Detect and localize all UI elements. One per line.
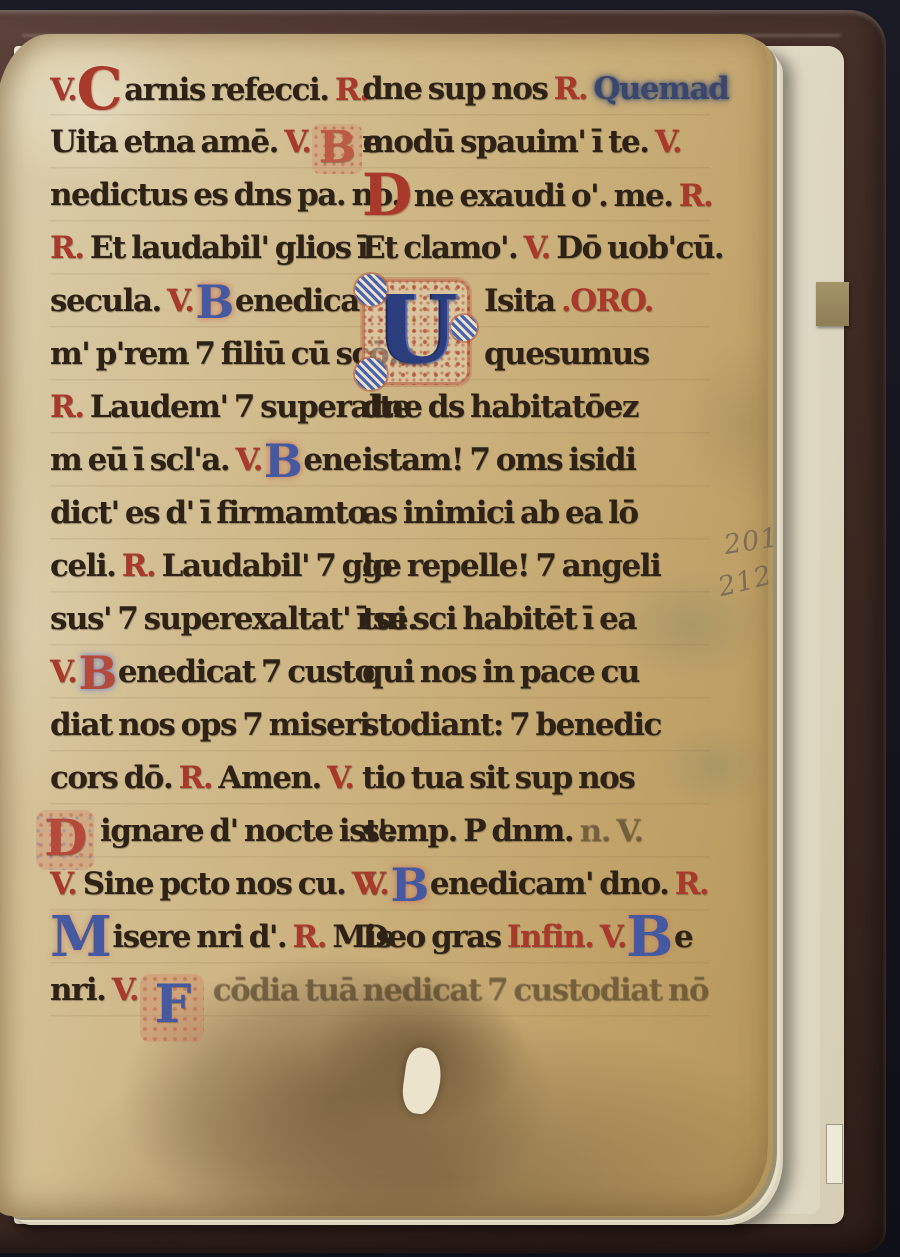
text-segment: diat nos ops 7 miseri — [50, 707, 369, 743]
manuscript-line: R. Et laudabil' glios ī — [50, 223, 362, 276]
manuscript-line: nedicat 7 custodiat nō — [362, 965, 710, 1018]
text-segment: V. — [50, 866, 76, 902]
text-segment: qui nos in pace cu — [362, 654, 639, 690]
manuscript-line: V.Carnis refecci. R. — [50, 64, 362, 117]
text-segment: m eū ī scl'a. — [50, 442, 235, 478]
text-segment: Isita — [484, 283, 555, 319]
text-segment: dict' es d' ī firmamto — [50, 495, 367, 531]
manuscript-line: secula. V.Benedica — [50, 276, 362, 329]
text-segment: as inimici ab ea lō — [362, 495, 638, 531]
manuscript-line: Dne exaudi o'. me. R. — [362, 170, 710, 223]
manuscript-line: ge repelle! 7 angeli — [362, 541, 710, 594]
text-column-right: U dne sup nos R. Quemadmodū spauim' ī te… — [362, 64, 710, 1018]
text-segment: cōdia tuā — [206, 972, 357, 1008]
parchment-damage-patch — [400, 1046, 445, 1116]
text-segment: semp. P dnm. — [362, 813, 579, 849]
manuscript-line: tui sci habitēt ī ea — [362, 594, 710, 647]
decorated-initial: F — [140, 974, 204, 1042]
decorated-initial: C — [76, 55, 121, 123]
text-segment: V. — [235, 442, 261, 478]
text-segment: ne exaudi o'. me. — [414, 178, 679, 214]
text-segment: V. — [524, 230, 550, 266]
text-segment: isere nri d'. — [113, 919, 293, 955]
text-segment: V. — [167, 283, 193, 319]
manuscript-line: nedictus es dns pa. no. — [50, 170, 362, 223]
text-segment: enedicam' dno. — [430, 866, 675, 902]
manuscript-line: semp. P dnm. n. V. — [362, 806, 710, 859]
text-segment: e — [674, 919, 692, 955]
manuscript-line: dne ds habitatōez — [362, 382, 710, 435]
manuscript-line: Uita etna amē. V.Be — [50, 117, 362, 170]
text-segment: R. — [554, 71, 588, 107]
text-segment: nedicat 7 custodiat nō — [362, 972, 708, 1008]
text-segment: Et laudabil' glios ī — [84, 230, 368, 266]
text-segment: nedictus es dns pa. no. — [50, 177, 400, 213]
text-segment: V. — [327, 760, 353, 796]
text-segment: R. — [293, 919, 327, 955]
text-segment: V. — [655, 124, 681, 160]
text-column-left: V.Carnis refecci. R.Uita etna amē. V.Ben… — [50, 64, 362, 1018]
manuscript-line: as inimici ab ea lō — [362, 488, 710, 541]
text-segment: .ORO. — [555, 283, 653, 319]
text-segment: stodiant: 7 benedic — [362, 707, 661, 743]
text-segment: R. — [679, 178, 713, 214]
text-segment: V. — [50, 654, 76, 690]
penwork-lobe-icon — [355, 358, 387, 390]
text-segment: dne ds habitatōez — [362, 389, 638, 425]
manuscript-line: cors dō. R. Amen. V. — [50, 753, 362, 806]
text-segment: arnis refecci. — [124, 72, 328, 108]
text-segment: Uita etna amē. — [50, 124, 284, 160]
penwork-lobe-icon — [355, 274, 387, 306]
manuscript-line: dict' es d' ī firmamto — [50, 488, 362, 541]
decorated-initial: D — [362, 161, 411, 229]
manuscript-line: m' p'rem 7 filiū cū scō.s. — [50, 329, 362, 382]
text-segment: dne sup nos — [362, 71, 554, 107]
manuscript-line: V.Benedicat 7 custo — [50, 647, 362, 700]
text-segment: Et clamo'. — [362, 230, 524, 266]
manuscript-line: stodiant: 7 benedic — [362, 700, 710, 753]
manuscript-line: Misere nri d'. R. Mis — [50, 912, 362, 965]
decorated-initial: B — [390, 858, 427, 912]
penwork-lobe-icon — [451, 315, 477, 341]
decorated-initial: B — [626, 904, 672, 970]
text-segment: cors dō. — [50, 760, 179, 796]
manuscript-line: Et clamo'. V. Dō uob'cū. — [362, 223, 710, 276]
text-segment: Quemad — [587, 71, 728, 107]
text-segment: modū spauim' ī te. — [362, 124, 655, 160]
photo-background: V.Carnis refecci. R.Uita etna amē. V.Ben… — [0, 0, 900, 1257]
text-segment: secula. — [50, 283, 167, 319]
manuscript-line: m eū ī scl'a. V.Bene — [50, 435, 362, 488]
text-segment: enedicat 7 custo — [118, 654, 374, 690]
manuscript-line: modū spauim' ī te. V. — [362, 117, 710, 170]
text-segment: n. V. — [579, 813, 642, 849]
manuscript-line: istam! 7 oms isidi — [362, 435, 710, 488]
text-segment: ge repelle! 7 angeli — [362, 548, 660, 584]
illuminated-initial-U: U — [362, 279, 470, 385]
text-segment: Deo gras — [362, 919, 507, 955]
manuscript-line: Dignare d' nocte ist'. — [50, 806, 362, 859]
manuscript-line: sus' 7 superexaltat' ī se. — [50, 594, 362, 647]
text-segment: quesumus — [484, 336, 649, 372]
text-segment: enedica — [235, 283, 359, 319]
manuscript-line: R. Laudem' 7 superalte — [50, 382, 362, 435]
manuscript-line: nri. V.F cōdia tuā — [50, 965, 362, 1018]
manuscript-line: tio tua sit sup nos — [362, 753, 710, 806]
bookmark-tab — [816, 282, 849, 326]
text-segment: R. — [50, 389, 84, 425]
text-segment: Laudabil' 7 glo — [155, 548, 391, 584]
text-segment: V. — [284, 124, 310, 160]
text-segment: ignare d' nocte ist'. — [100, 813, 395, 849]
text-segment: R. — [675, 866, 709, 902]
manuscript-line: dne sup nos R. Quemad — [362, 64, 710, 117]
decorated-initial: M — [50, 904, 111, 970]
text-segment: Sine pcto nos cu. — [76, 866, 351, 902]
text-segment: istam! 7 oms isidi — [362, 442, 635, 478]
decorated-initial: B — [78, 646, 115, 700]
text-segment: R. — [179, 760, 213, 796]
text-segment: V. — [50, 72, 76, 108]
text-segment: celi. — [50, 548, 122, 584]
text-segment: Amen. — [212, 760, 327, 796]
text-segment: V. — [362, 866, 388, 902]
manuscript-line: diat nos ops 7 miseri — [50, 700, 362, 753]
decorated-initial: B — [312, 124, 362, 174]
flyleaf-label-box — [826, 1124, 843, 1184]
text-segment: tui sci habitēt ī ea — [362, 601, 636, 637]
parchment-page: V.Carnis refecci. R.Uita etna amē. V.Ben… — [0, 34, 768, 1216]
manuscript-line: Deo gras Infin. V.Be — [362, 912, 710, 965]
manuscript-line: qui nos in pace cu — [362, 647, 710, 700]
text-segment: R. — [122, 548, 156, 584]
decorated-initial: B — [264, 434, 301, 488]
manuscript-line: celi. R. Laudabil' 7 glo — [50, 541, 362, 594]
decorated-initial: B — [195, 275, 232, 329]
text-segment: Infin. V. — [507, 919, 626, 955]
text-segment: R. — [50, 230, 84, 266]
initial-letter: U — [376, 275, 456, 385]
text-segment: V. — [112, 972, 138, 1008]
margin-note-212: 212 — [715, 560, 775, 603]
text-segment: tio tua sit sup nos — [362, 760, 634, 796]
text-segment: Dō uob'cū. — [550, 230, 723, 266]
text-segment: nri. — [50, 972, 112, 1008]
text-segment: ene — [303, 442, 361, 478]
